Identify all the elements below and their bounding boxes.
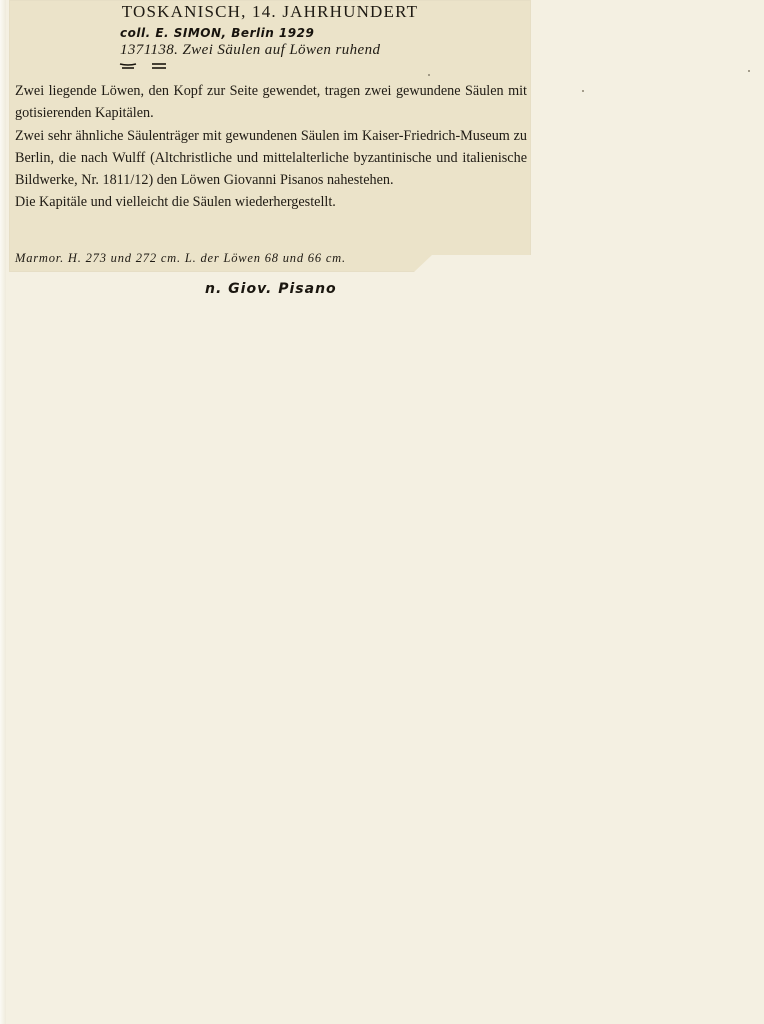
description-paragraph: Zwei liegende Löwen, den Kopf zur Seite … <box>15 80 527 125</box>
catalogue-description: Zwei liegende Löwen, den Kopf zur Seite … <box>15 80 527 214</box>
paper-speck <box>582 90 584 92</box>
card-edge <box>0 0 6 1024</box>
handwritten-attribution: n. Giov. Pisano <box>205 281 337 297</box>
paper-speck <box>748 70 750 72</box>
material-dimensions: Marmor. H. 273 und 272 cm. L. der Löwen … <box>15 251 346 266</box>
handwritten-underline-marks <box>118 61 178 71</box>
entry-numbers: 1371138. <box>120 42 178 58</box>
paper-speck <box>428 74 430 76</box>
section-heading: TOSKANISCH, 14. JAHRHUNDERT <box>0 2 540 22</box>
catalogue-entry-title: 1371138. Zwei Säulen auf Löwen ruhend <box>120 42 380 59</box>
description-paragraph: Zwei sehr ähnliche Säulenträger mit gewu… <box>15 125 527 192</box>
entry-title: Zwei Säulen auf Löwen ruhend <box>183 42 381 58</box>
description-paragraph: Die Kapitäle und vielleicht die Säulen w… <box>15 191 527 213</box>
handwritten-provenance: coll. E. SIMON, Berlin 1929 <box>120 26 314 40</box>
